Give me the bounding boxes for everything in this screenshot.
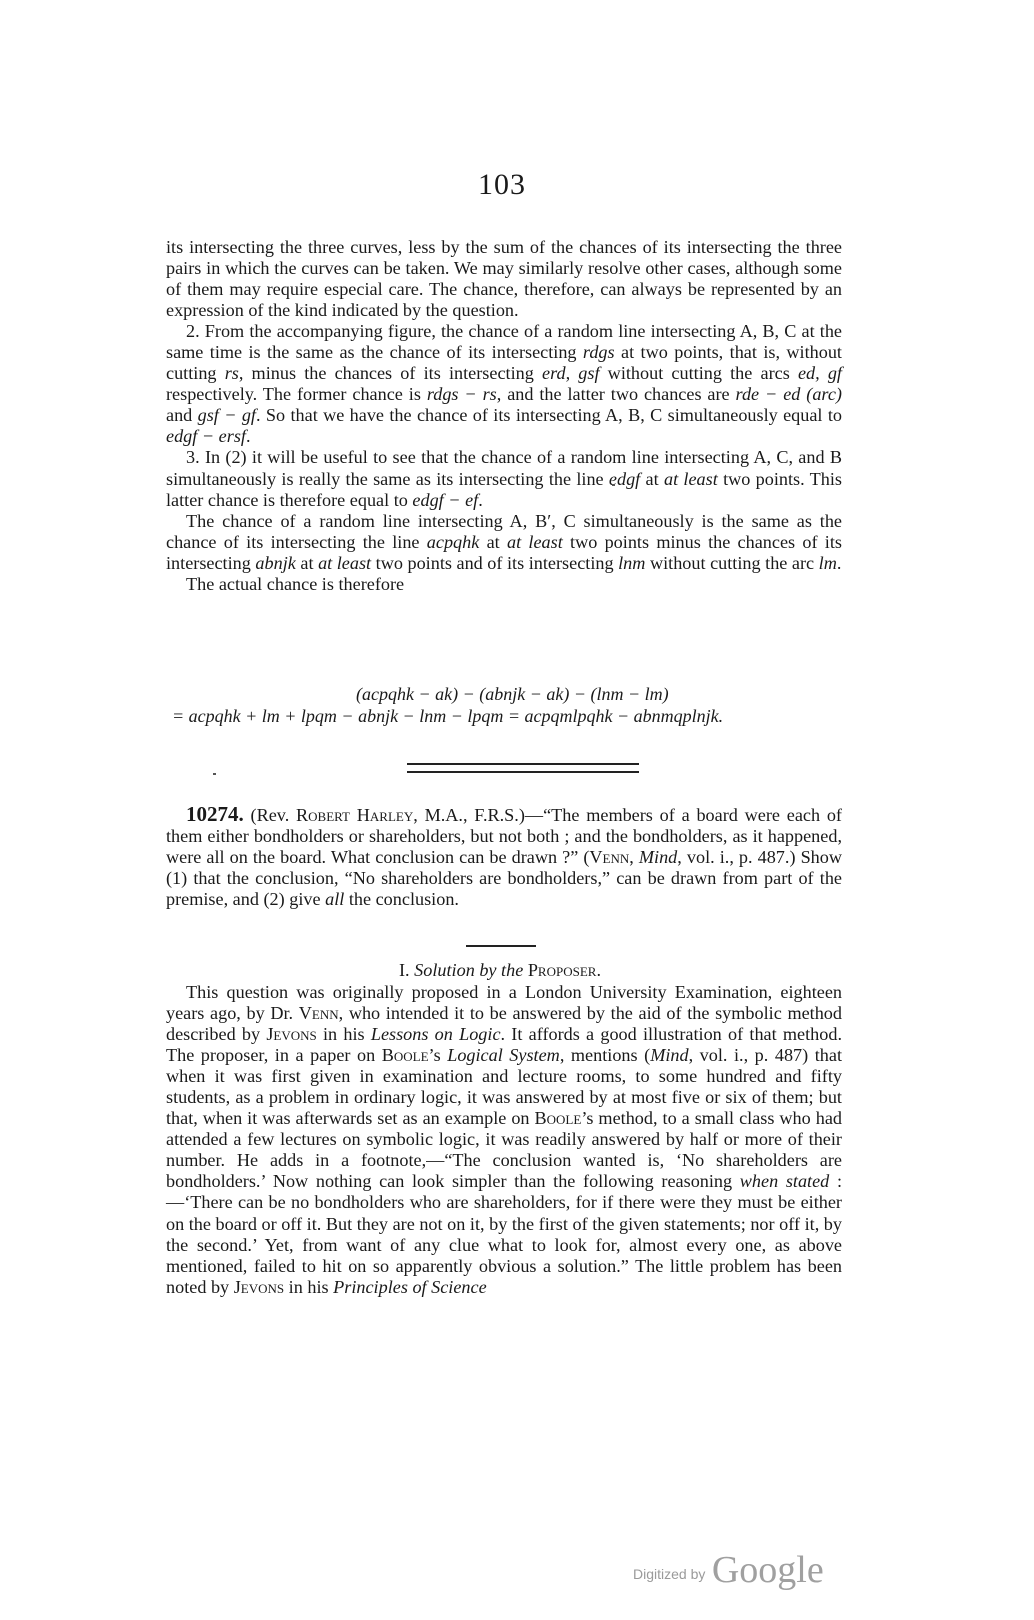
formula-line-1: (acpqhk − ak) − (abnjk − ak) − (lnm − lm…	[356, 684, 669, 705]
page-number: 103	[0, 168, 1004, 202]
paragraph-intro: its intersecting the three curves, less …	[166, 237, 842, 321]
solution-text: This question was originally proposed in…	[166, 982, 842, 1298]
paragraph-2: 2. From the accompanying figure, the cha…	[166, 321, 842, 447]
paragraph-3: 3. In (2) it will be useful to see that …	[166, 447, 842, 510]
formula-line-2: = acpqhk + lm + lpqm − abnjk − lnm − lpq…	[172, 706, 723, 727]
solution-paragraph: This question was originally proposed in…	[166, 982, 842, 1298]
question-author: Robert Harley	[296, 805, 413, 825]
scan-speck	[213, 773, 216, 775]
paragraph-4: The chance of a random line intersecting…	[166, 511, 842, 574]
solution-heading: I. Solution by the Proposer.	[0, 960, 1000, 981]
question-statement: 10274. (Rev. Robert Harley, M.A., F.R.S.…	[166, 804, 842, 910]
google-logo: Google	[712, 1549, 824, 1591]
scan-speck	[612, 484, 615, 486]
continued-solution-text: its intersecting the three curves, less …	[166, 237, 842, 595]
digitized-by-google-watermark: Digitized by Google	[633, 1548, 824, 1592]
section-divider-double	[407, 763, 639, 773]
paragraph-5: The actual chance is therefore	[166, 574, 842, 595]
question-number: 10274.	[186, 802, 244, 826]
watermark-prefix: Digitized by	[633, 1566, 705, 1582]
scanned-book-page: 103 its intersecting the three curves, l…	[0, 0, 1034, 1620]
section-divider-single	[466, 945, 536, 947]
question-paragraph: 10274. (Rev. Robert Harley, M.A., F.R.S.…	[166, 804, 842, 910]
